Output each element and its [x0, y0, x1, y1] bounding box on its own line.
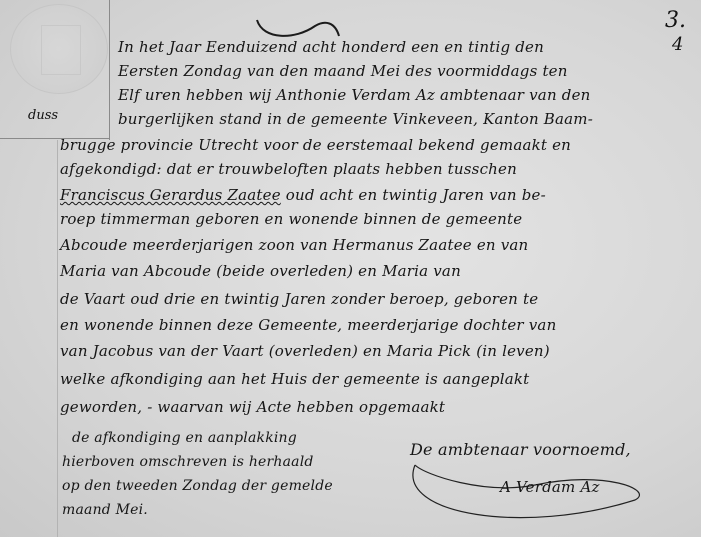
document-page: duss 3. 4 In het Jaar Eenduizend acht ho… — [0, 0, 701, 537]
footer-note-2: hierboven omschreven is herhaald — [62, 454, 314, 470]
margin-rule — [109, 0, 110, 140]
body-line-5: brugge provincie Utrecht voor de eerstem… — [60, 136, 571, 154]
footer-note-4: maand Mei. — [62, 502, 148, 518]
body-line-4: burgerlijken stand in de gemeente Vinkev… — [118, 110, 593, 128]
margin-annotation: duss — [28, 108, 58, 123]
body-line-11: de Vaart oud drie en twintig Jaren zonde… — [60, 290, 538, 308]
body-line-12: en wonende binnen deze Gemeente, meerder… — [60, 316, 556, 334]
body-line-7: Franciscus Gerardus Zaatee oud acht en t… — [60, 186, 546, 204]
body-line-14: welke afkondiging aan het Huis der gemee… — [60, 370, 529, 388]
groom-name: Franciscus Gerardus Zaatee — [60, 186, 281, 204]
body-line-15: geworden, - waarvan wij Acte hebben opge… — [60, 398, 445, 416]
body-line-13: van Jacobus van der Vaart (overleden) en… — [60, 342, 550, 360]
body-line-3: Elf uren hebben wij Anthonie Verdam Az a… — [118, 86, 591, 104]
margin-rule-lower — [57, 140, 58, 537]
body-line-2: Eersten Zondag van den maand Mei des voo… — [118, 62, 568, 80]
body-line-6: afgekondigd: dat er trouwbeloften plaats… — [60, 160, 517, 178]
seal-emblem — [41, 25, 81, 75]
footer-note-3: op den tweeden Zondag der gemelde — [62, 478, 333, 494]
embossed-seal — [10, 4, 108, 94]
body-line-10: Maria van Abcoude (beide overleden) en M… — [60, 262, 461, 280]
body-line-9: Abcoude meerderjarigen zoon van Hermanus… — [60, 236, 528, 254]
page-sub-number: 4 — [672, 34, 683, 55]
signature-name: A Verdam Az — [500, 478, 600, 496]
body-line-7-rest: oud acht en twintig Jaren van be- — [286, 186, 546, 204]
page-number: 3. — [665, 8, 686, 33]
footer-note-1: de afkondiging en aanplakking — [72, 430, 297, 446]
body-line-1: In het Jaar Eenduizend acht honderd een … — [118, 38, 544, 56]
body-line-8: roep timmerman geboren en wonende binnen… — [60, 210, 522, 228]
